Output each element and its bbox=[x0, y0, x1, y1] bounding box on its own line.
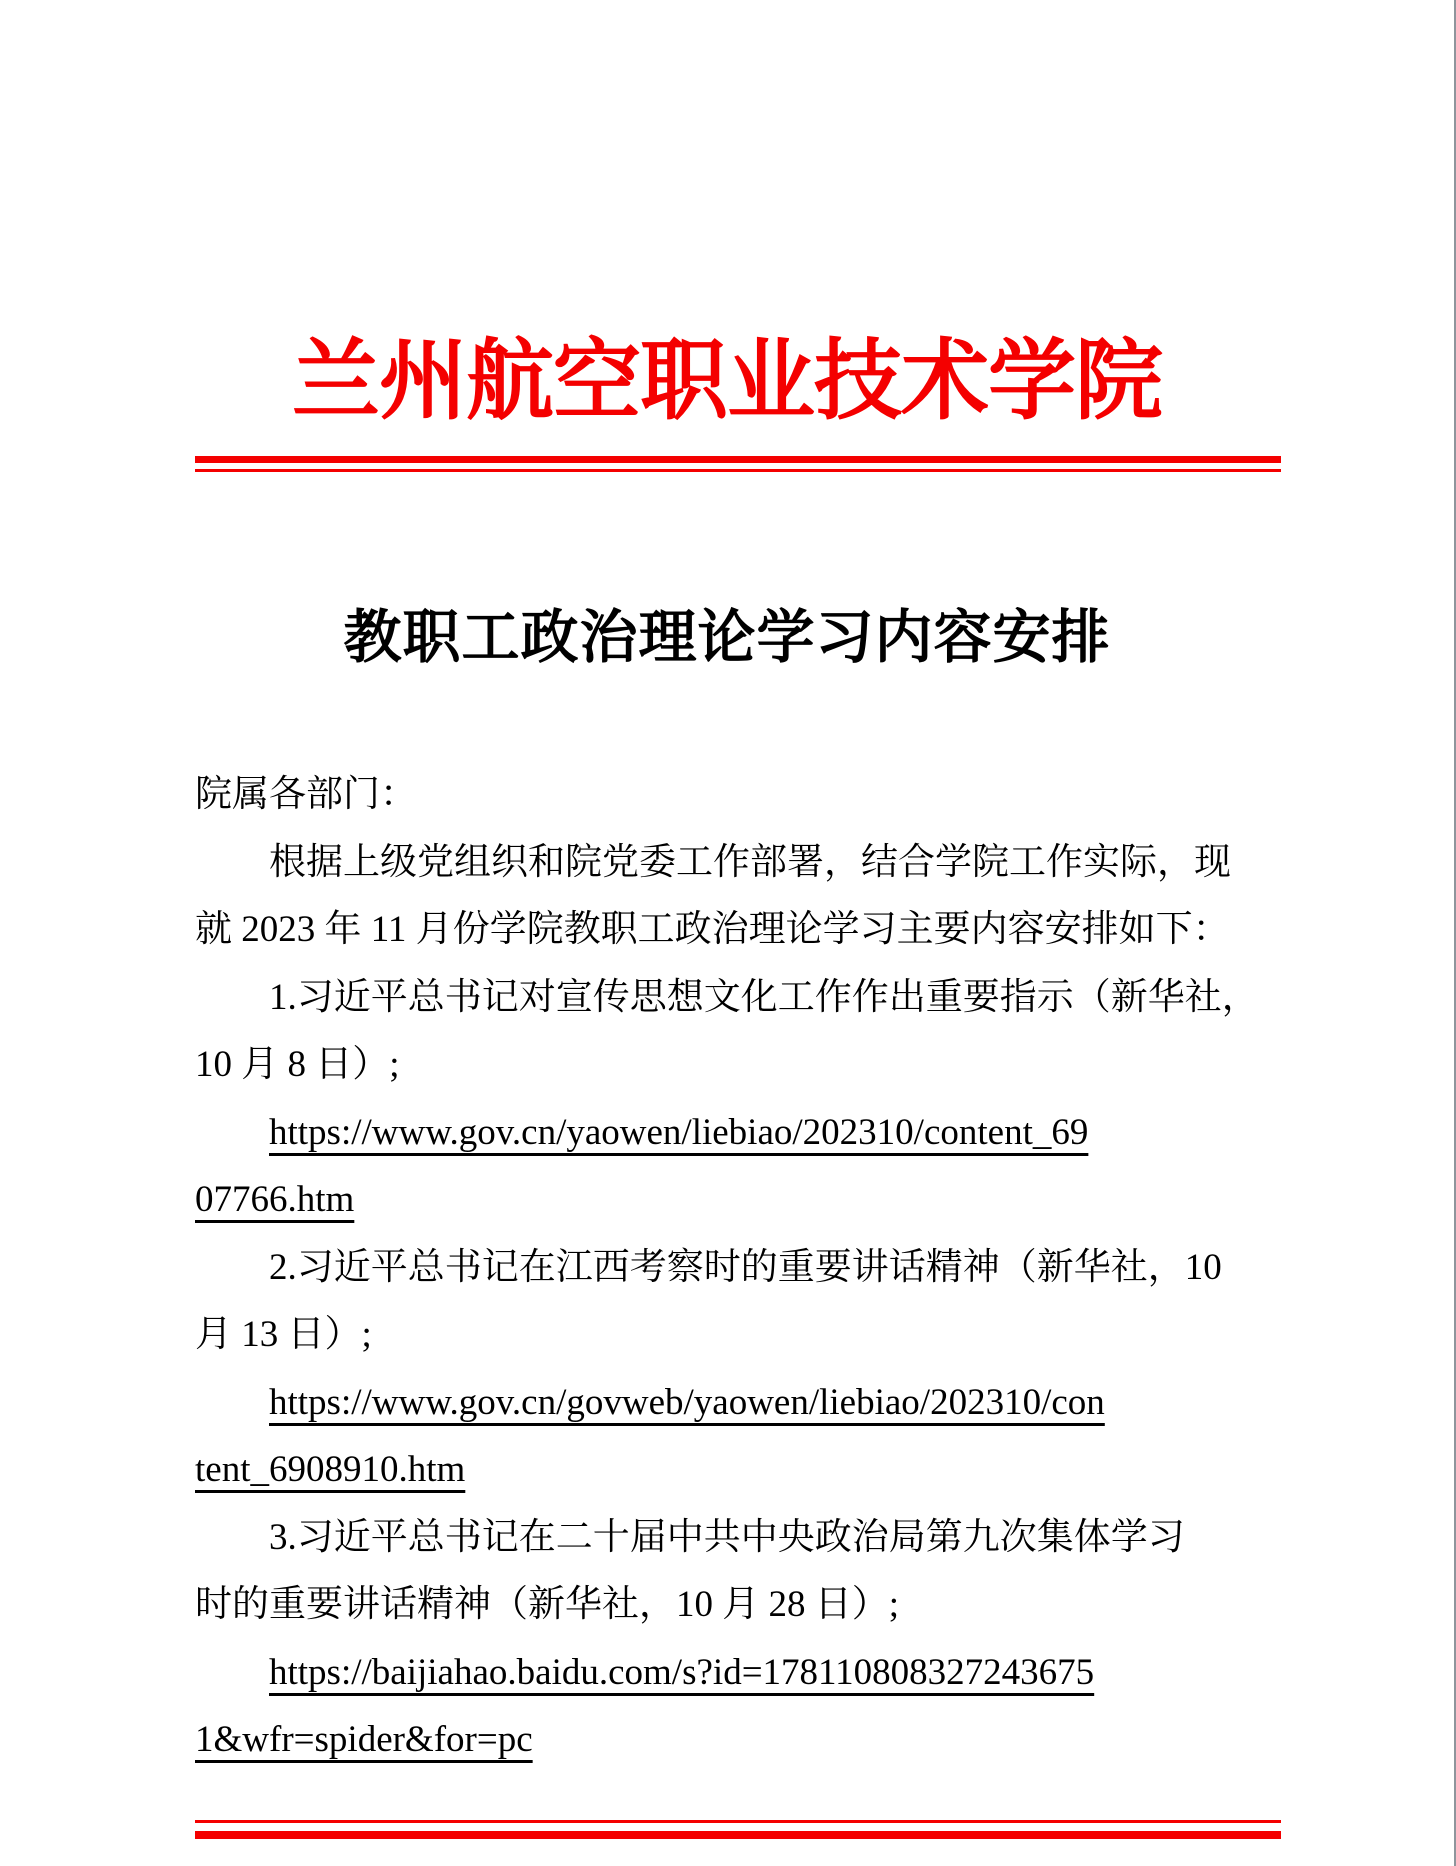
document-page: 兰州航空职业技术学院 教职工政治理论学习内容安排 院属各部门： 根据上级党组织和… bbox=[0, 0, 1456, 1866]
url-link-2-line[interactable]: https://www.gov.cn/govweb/yaowen/liebiao… bbox=[195, 1369, 1281, 1437]
url-link-2-line[interactable]: tent_6908910.htm bbox=[195, 1436, 1281, 1504]
letterhead-org-name: 兰州航空职业技术学院 bbox=[0, 0, 1454, 433]
list-item-1-line: 10 月 8 日）; bbox=[195, 1031, 1281, 1099]
url-link-1-line[interactable]: https://www.gov.cn/yaowen/liebiao/202310… bbox=[195, 1099, 1281, 1167]
list-item-3-line: 3.习近平总书记在二十届中共中央政治局第九次集体学习 bbox=[195, 1504, 1281, 1572]
url-link-3-line[interactable]: https://baijiahao.baidu.com/s?id=1781108… bbox=[195, 1639, 1281, 1707]
footer-rule-thick bbox=[195, 1831, 1281, 1839]
url-link-3-line[interactable]: 1&wfr=spider&for=pc bbox=[195, 1706, 1281, 1774]
letterhead-rule-thin bbox=[195, 469, 1281, 472]
document-body: 院属各部门： 根据上级党组织和院党委工作部署，结合学院工作实际，现 就 2023… bbox=[195, 761, 1281, 1774]
salutation-line: 院属各部门： bbox=[195, 761, 1281, 829]
list-item-1-line: 1.习近平总书记对宣传思想文化工作作出重要指示（新华社， bbox=[195, 964, 1281, 1032]
list-item-2-line: 月 13 日）; bbox=[195, 1301, 1281, 1369]
letterhead-rule-thick bbox=[195, 456, 1281, 463]
document-title: 教职工政治理论学习内容安排 bbox=[0, 607, 1454, 669]
url-link-1-line[interactable]: 07766.htm bbox=[195, 1166, 1281, 1234]
footer-rule-thin bbox=[195, 1820, 1281, 1823]
body-line: 就 2023 年 11 月份学院教职工政治理论学习主要内容安排如下： bbox=[195, 896, 1281, 964]
list-item-3-line: 时的重要讲话精神（新华社，10 月 28 日）; bbox=[195, 1571, 1281, 1639]
body-line: 根据上级党组织和院党委工作部署，结合学院工作实际，现 bbox=[195, 829, 1281, 897]
list-item-2-line: 2.习近平总书记在江西考察时的重要讲话精神（新华社，10 bbox=[195, 1234, 1281, 1302]
